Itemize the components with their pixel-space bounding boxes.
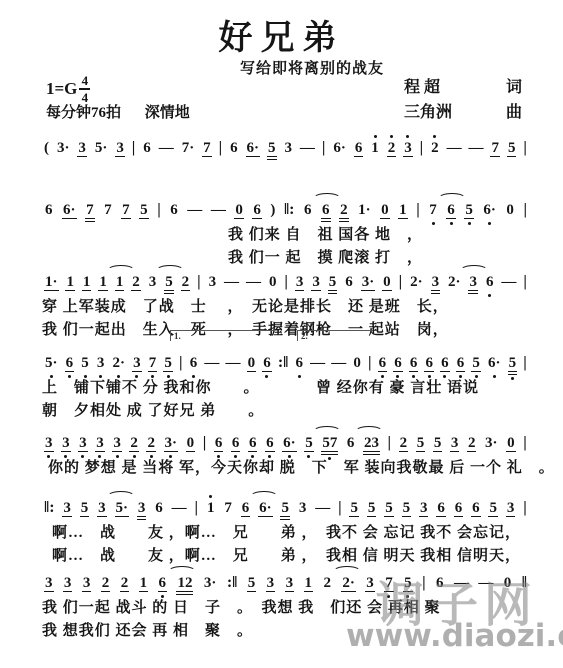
note: 6: [44, 203, 54, 218]
note: 7: [103, 203, 113, 218]
note: 2·: [409, 275, 424, 290]
octave-dot-above: [209, 495, 212, 498]
slur-arc: [313, 193, 341, 204]
note: 7: [490, 141, 500, 157]
note: 1·: [357, 203, 372, 218]
duration-dash: —: [246, 275, 261, 290]
note: 2: [430, 141, 440, 156]
tempo-marking: 每分钟76拍: [46, 105, 121, 121]
note: 3: [365, 576, 375, 592]
octave-dot-below: [381, 375, 384, 378]
octave-dot-below: [459, 375, 462, 378]
slur-arc: [250, 491, 278, 502]
note: 1: [82, 275, 92, 291]
barline: |: [338, 500, 342, 516]
note: 6: [229, 141, 239, 156]
lyricist-name: 程 超: [404, 75, 440, 100]
note: 0: [506, 436, 516, 452]
lyric-line: 我 们来 自 祖 国各 地 ，: [42, 224, 529, 247]
note: 3: [77, 141, 87, 157]
note: 6: [214, 436, 224, 452]
note: 6: [485, 275, 495, 290]
note: 1: [398, 203, 408, 219]
note: 57: [321, 436, 338, 452]
barline: |: [523, 140, 527, 156]
duration-dash: —: [204, 356, 219, 371]
note: 5: [507, 141, 517, 157]
note: 3: [137, 501, 147, 517]
slur-arc: [438, 193, 466, 204]
note: 6: [321, 203, 331, 219]
note: 3: [285, 576, 295, 592]
note: 3: [311, 275, 321, 291]
note: 5: [163, 356, 173, 372]
note: 7: [202, 141, 212, 157]
barline: |: [523, 274, 527, 290]
note: 0: [268, 275, 278, 290]
barline: |: [157, 202, 161, 218]
note: 0: [186, 436, 196, 452]
note: 1·: [44, 275, 59, 291]
note: 2·: [447, 275, 462, 290]
notation-line: 66·7775|6——06)‖:6621·01|7656·0|: [42, 192, 529, 224]
octave-dot-below: [68, 375, 71, 378]
note: 3: [419, 501, 429, 517]
note: 3·: [56, 141, 71, 156]
note: 5: [328, 275, 338, 291]
octave-dot-below: [428, 375, 431, 378]
composer-credit: 三角洲 曲: [404, 100, 522, 125]
note: 5: [80, 356, 90, 371]
note: 5: [464, 203, 474, 219]
note: 2: [181, 275, 191, 291]
duration-dash: —: [225, 356, 240, 371]
barline: |: [420, 140, 424, 156]
duration-dash: —: [310, 356, 325, 371]
octave-dot-below: [192, 375, 195, 378]
note: 6: [446, 203, 456, 219]
octave-dot-below: [116, 455, 119, 458]
note: 6: [294, 356, 304, 371]
note: 6: [154, 501, 164, 516]
barline: |: [219, 140, 223, 156]
note: 3: [97, 501, 107, 517]
note: 5: [384, 501, 394, 517]
duration-dash: —: [331, 356, 346, 371]
note: 0: [382, 275, 392, 291]
note: 6: [440, 356, 450, 372]
note: 7: [85, 203, 95, 219]
octave-dot-below: [298, 375, 301, 378]
note: 6: [346, 436, 356, 451]
barline: |: [197, 274, 201, 290]
note: 23: [363, 436, 380, 452]
music-system-4: 5·6532·375|6——06:‖6——0|66666656·5| 上 铺下铺…: [42, 345, 529, 423]
barline: |: [132, 140, 136, 156]
note: 0: [247, 356, 257, 372]
note: 6: [303, 203, 313, 218]
barline: |: [195, 500, 199, 516]
barline: |: [203, 435, 207, 451]
note: 5: [508, 356, 518, 372]
note: 5: [247, 576, 257, 592]
note: 7: [148, 356, 158, 372]
note: 5: [80, 501, 90, 517]
note: 2: [399, 436, 409, 452]
note: 5: [488, 501, 498, 517]
watermark-url: www.diaozi.com: [346, 618, 563, 654]
note: 2: [129, 436, 139, 452]
note: 3: [208, 275, 218, 290]
octave-dot-below: [475, 375, 478, 378]
note: 6·: [332, 141, 347, 156]
barline: |: [523, 500, 527, 516]
lyric-line: 我 们一起出 生入 死 ， 手握着钢枪 一 起站 岗，: [42, 319, 529, 342]
note: 1: [98, 275, 108, 291]
note: 3·: [203, 576, 218, 591]
lyric-line: 啊… 战 友 ，啊… 兄 弟 ， 我不 会 忘记 我不 会忘记，: [42, 522, 529, 545]
octave-dot-below: [450, 222, 453, 225]
barline: |: [388, 435, 392, 451]
note: 1: [206, 501, 216, 516]
note: 6: [158, 576, 168, 592]
lyric-line: 你的 梦想 是 当将 军，今天你却 脱 下 军 装向我敬最 后 一个 礼 。: [42, 457, 529, 480]
barline: |: [368, 355, 372, 371]
note: 5·: [44, 356, 59, 371]
octave-dot-below: [50, 375, 53, 378]
slur-arc: [355, 426, 383, 437]
note: 2: [387, 141, 397, 157]
note: 7: [223, 501, 233, 516]
note: 2: [131, 275, 141, 291]
barline: |: [284, 274, 288, 290]
note: 6: [409, 356, 419, 372]
note: 6: [424, 356, 434, 372]
duration-dash: —: [224, 275, 239, 290]
note: 0: [505, 203, 515, 218]
note: 3·: [361, 275, 376, 291]
note: 3: [95, 436, 105, 452]
octave-dot-below: [150, 455, 153, 458]
sheet-music-page: 好兄弟 写给即将离别的战友 1=G 4 4 每分钟76拍 深情地 程 超 词 三…: [0, 0, 563, 668]
slur-arc: [333, 566, 361, 577]
note: 7: [428, 203, 438, 218]
note: 5: [471, 356, 481, 372]
note: 2: [101, 576, 111, 592]
note: 6·: [62, 203, 77, 219]
lyric-line: 上 铺下铺不 分 我和你 。 曾 经你有 豪 言壮 语说: [42, 377, 529, 400]
notation-line: ‖:3535·36—|1766·53—|5555366653|: [42, 490, 529, 522]
note: 3: [148, 275, 158, 290]
notation-line: 33333223·0|66666·557623|255323·0|: [42, 425, 529, 457]
barline: ‖:: [44, 500, 55, 516]
music-system-2: 66·7775|6——06)‖:6621·01|7656·0| 我 们来 自 祖…: [42, 192, 529, 270]
note: 2: [146, 436, 156, 452]
duration-dash: —: [501, 275, 516, 290]
note: 6: [252, 203, 262, 219]
time-numerator: 4: [82, 74, 89, 87]
note: 3: [44, 436, 54, 452]
note: 6: [436, 501, 446, 517]
note: 3: [115, 141, 125, 157]
note: 6: [248, 436, 258, 452]
note: 6·: [482, 203, 497, 218]
note: 5·: [94, 141, 109, 156]
note: 3: [298, 501, 308, 516]
octave-dot-below: [133, 455, 136, 458]
note: 3·: [164, 436, 179, 452]
intro-paren: (: [44, 141, 49, 156]
note: 6: [454, 501, 464, 517]
note: 3: [82, 576, 92, 592]
note: 3: [61, 436, 71, 452]
music-system-3: 1·11112352|3——0|33563·0|2·32·36—| 1. 2. …: [42, 264, 529, 342]
note: 5: [402, 501, 412, 517]
note: 5·: [115, 501, 130, 517]
octave-dot-below: [84, 375, 87, 378]
expression-marking: 深情地: [145, 105, 190, 121]
octave-dot-above: [374, 135, 377, 138]
note: 3: [450, 436, 460, 452]
octave-dot-below: [161, 595, 164, 598]
note: 6·: [258, 501, 273, 517]
octave-dot-above: [390, 135, 393, 138]
note: 5: [349, 501, 359, 517]
barline: |: [523, 355, 527, 371]
octave-dot-below: [511, 377, 514, 380]
note: 3: [132, 356, 142, 372]
note: 12: [176, 576, 193, 592]
notation-line: 1·11112352|3——0|33563·0|2·32·36—|: [42, 264, 529, 296]
note: 1: [139, 576, 149, 592]
note: 5: [139, 203, 149, 219]
note: 2·: [112, 356, 127, 371]
composer-role: 曲: [506, 100, 522, 125]
note: 6: [354, 141, 364, 157]
duration-dash: —: [300, 141, 315, 156]
barline: :‖: [278, 355, 289, 371]
notation-line: (3·35·3|6—7·7|66·53—|6·6123|2——75|: [42, 130, 529, 162]
note: 3: [431, 275, 441, 291]
note: 6: [471, 501, 481, 517]
note: 2·: [341, 576, 356, 592]
composer-name: 三角洲: [404, 100, 452, 125]
note: 6: [344, 275, 354, 290]
key-signature: 1=G: [46, 79, 77, 99]
lyric-line: 朝 夕相处 成 了好兄 弟 。: [42, 400, 529, 423]
note: 6: [65, 356, 75, 372]
octave-dot-below: [468, 222, 471, 225]
note: 1: [370, 141, 380, 156]
note: 3: [295, 275, 305, 291]
note: 3: [44, 576, 54, 592]
note: 7: [121, 203, 131, 219]
lyricist-role: 词: [506, 75, 522, 100]
note: 5: [267, 141, 277, 157]
song-subtitle: 写给即将离别的战友: [240, 57, 384, 78]
note: 5: [433, 436, 443, 452]
octave-dot-below: [432, 222, 435, 225]
barline: |: [179, 355, 183, 371]
octave-dot-below: [288, 455, 291, 458]
note: 6: [142, 141, 152, 156]
note: 3: [468, 275, 478, 291]
song-title: 好兄弟: [0, 10, 563, 59]
note: 3: [78, 436, 88, 452]
note: 6: [241, 501, 251, 517]
note: 2: [120, 576, 130, 592]
note: 6·: [487, 356, 502, 371]
note: 6: [169, 203, 179, 218]
note: 3: [403, 141, 413, 157]
barline: |: [399, 274, 403, 290]
note: 0: [380, 203, 390, 219]
note: 6: [378, 356, 388, 372]
duration-dash: —: [187, 203, 202, 218]
note: 3: [62, 501, 72, 517]
note: 2: [322, 576, 332, 591]
octave-dot-below: [167, 375, 170, 378]
intro-paren: ): [270, 203, 275, 218]
time-signature: 4 4: [79, 74, 90, 104]
note: 6: [456, 356, 466, 372]
note: 1: [304, 576, 314, 592]
note: 5: [304, 436, 314, 452]
note: 6: [393, 356, 403, 372]
note: 1: [115, 275, 125, 291]
note: 0: [234, 203, 244, 219]
duration-dash: —: [211, 203, 226, 218]
lyric-line: 穿 上军装成 了战 士 ， 无论是排长 还 是班 长，: [42, 296, 529, 319]
note: 1: [65, 275, 75, 291]
note: 2: [339, 203, 349, 219]
note: 3: [266, 576, 276, 592]
music-system-1: (3·35·3|6—7·7|66·53—|6·6123|2——75|: [42, 130, 529, 162]
credits: 程 超 词 三角洲 曲: [404, 75, 522, 125]
note: 2: [467, 436, 477, 452]
duration-dash: —: [315, 501, 330, 516]
key-time-signature: 1=G 4 4: [46, 74, 90, 104]
duration-dash: —: [159, 141, 174, 156]
note: 5: [280, 501, 290, 517]
octave-dot-above: [433, 135, 436, 138]
note: 7·: [181, 141, 196, 156]
note: 3·: [484, 436, 499, 451]
note: 6: [265, 436, 275, 452]
duration-dash: —: [172, 501, 187, 516]
barline: |: [523, 435, 527, 451]
note: 0: [352, 356, 362, 371]
note: 6: [231, 436, 241, 452]
duration-dash: —: [469, 141, 484, 156]
duration-dash: —: [447, 141, 462, 156]
note: 5: [367, 501, 377, 517]
note: 6·: [246, 141, 261, 157]
note: 3: [63, 576, 73, 592]
note: 6: [262, 356, 272, 372]
barline: ‖:: [284, 202, 295, 218]
note: 3: [283, 141, 293, 156]
music-system-5: 33333223·0|66666·557623|255323·0| 你的 梦想 …: [42, 425, 529, 480]
volta-bracket-1: 1.: [170, 330, 274, 341]
octave-dot-below: [493, 375, 496, 378]
note: 3: [506, 501, 516, 517]
note: 5: [164, 275, 174, 291]
barline: |: [416, 202, 420, 218]
note: 6: [189, 356, 199, 371]
note: 3: [96, 356, 106, 371]
notation-line: 5·6532·375|6——06:‖6——0|66666656·5|: [42, 345, 529, 377]
note: 3: [112, 436, 122, 452]
music-system-6: ‖:3535·36—|1766·53—|5555366653| 啊… 战 友 ，…: [42, 490, 529, 568]
lyricist-credit: 程 超 词: [404, 75, 522, 100]
slur-arc: [313, 426, 341, 437]
slur-arc: [168, 566, 196, 577]
slur-arc: [107, 491, 135, 502]
tempo-line: 每分钟76拍 深情地: [46, 101, 190, 122]
barline: :‖: [227, 575, 238, 591]
barline: |: [322, 140, 326, 156]
volta-bracket-2: 2.: [297, 330, 373, 341]
octave-dot-above: [406, 135, 409, 138]
barline: |: [523, 202, 527, 218]
note: 5: [416, 436, 426, 452]
note: 6·: [282, 436, 297, 452]
